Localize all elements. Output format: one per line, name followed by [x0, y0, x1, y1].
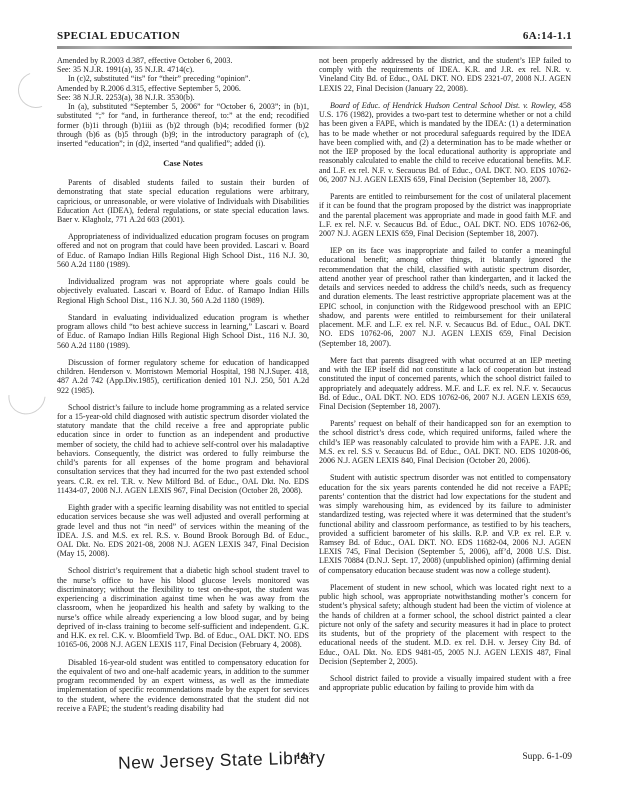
case-note-paragraph: Discussion of former regulatory scheme f…	[57, 358, 309, 395]
case-note-paragraph: School district failed to provide a visu…	[319, 674, 571, 692]
case-note-paragraph: Parents of disabled students failed to s…	[57, 178, 309, 224]
case-note-paragraph: School district’s failure to include hom…	[57, 403, 309, 495]
history-line: See: 35 N.J.R. 1991(a), 35 N.J.R. 4714(c…	[57, 65, 309, 74]
library-stamp: New Jersey State Library	[118, 747, 326, 774]
case-note-paragraph: Disabled 16-year-old student was entitle…	[57, 658, 309, 713]
case-note-text: Placement of student in new school, whic…	[319, 583, 571, 666]
case-name-italic: Board of Educ. of Hendrick Hudson Centra…	[330, 101, 556, 110]
supplement-date: Supp. 6-1-09	[522, 752, 572, 762]
header-rule	[57, 46, 572, 49]
page-number: 14-3	[296, 752, 313, 762]
case-note-text: Parents are entitled to reimbursement fo…	[319, 192, 571, 238]
history-line: See: 38 N.J.R. 2253(a), 38 N.J.R. 3530(b…	[57, 93, 309, 102]
case-note-paragraph: Parents’ request on behalf of their hand…	[319, 419, 571, 465]
section-title: SPECIAL EDUCATION	[57, 30, 180, 42]
case-note-paragraph: Standard in evaluating individualized ed…	[57, 313, 309, 350]
running-head: SPECIAL EDUCATION 6A:14-1.1	[57, 30, 572, 42]
case-note-paragraph: Eighth grader with a specific learning d…	[57, 503, 309, 558]
case-note-text: Student with autistic spectrum disorder …	[319, 473, 571, 574]
case-note-paragraph: IEP on its face was inappropriate and fa…	[319, 246, 571, 348]
case-note-paragraph: Mere fact that parents disagreed with wh…	[319, 356, 571, 411]
history-line: In (c)2, substituted “its” for “their” p…	[57, 74, 309, 83]
case-note-paragraph: Placement of student in new school, whic…	[319, 583, 571, 666]
left-column: Amended by R.2003 d.387, effective Octob…	[57, 56, 309, 748]
history-line: In (a), substituted “September 5, 2006” …	[57, 102, 309, 148]
case-note-text: 458 U.S. 176 (1982), provides a two-part…	[319, 101, 571, 184]
case-note-paragraph: Board of Educ. of Hendrick Hudson Centra…	[319, 101, 571, 184]
case-note-text: IEP on its face was inappropriate and fa…	[319, 246, 571, 347]
case-note-text: not been properly addressed by the distr…	[319, 56, 571, 93]
case-note-text: Parents’ request on behalf of their hand…	[319, 419, 571, 465]
page-body: Amended by R.2003 d.387, effective Octob…	[57, 56, 572, 748]
citation-number: 6A:14-1.1	[523, 30, 572, 42]
document-page: SPECIAL EDUCATION 6A:14-1.1 Amended by R…	[0, 0, 618, 800]
case-note-paragraph: Parents are entitled to reimbursement fo…	[319, 192, 571, 238]
case-note-paragraph: Student with autistic spectrum disorder …	[319, 473, 571, 575]
scan-artifact	[1, 370, 53, 422]
right-column: not been properly addressed by the distr…	[319, 56, 571, 748]
case-note-text: School district failed to provide a visu…	[319, 674, 571, 692]
history-line: Amended by R.2006 d.315, effective Septe…	[57, 84, 309, 93]
case-notes-heading: Case Notes	[57, 159, 309, 169]
scan-artifact	[12, 66, 60, 114]
amendment-history: Amended by R.2003 d.387, effective Octob…	[57, 56, 309, 148]
case-note-paragraph: Appropriateness of individualized educat…	[57, 232, 309, 269]
case-note-paragraph: Individualized program was not appropria…	[57, 277, 309, 305]
case-note-paragraph: School district’s requirement that a dia…	[57, 566, 309, 649]
history-line: Amended by R.2003 d.387, effective Octob…	[57, 56, 309, 65]
case-note-text: Mere fact that parents disagreed with wh…	[319, 356, 571, 411]
case-note-paragraph: not been properly addressed by the distr…	[319, 56, 571, 93]
